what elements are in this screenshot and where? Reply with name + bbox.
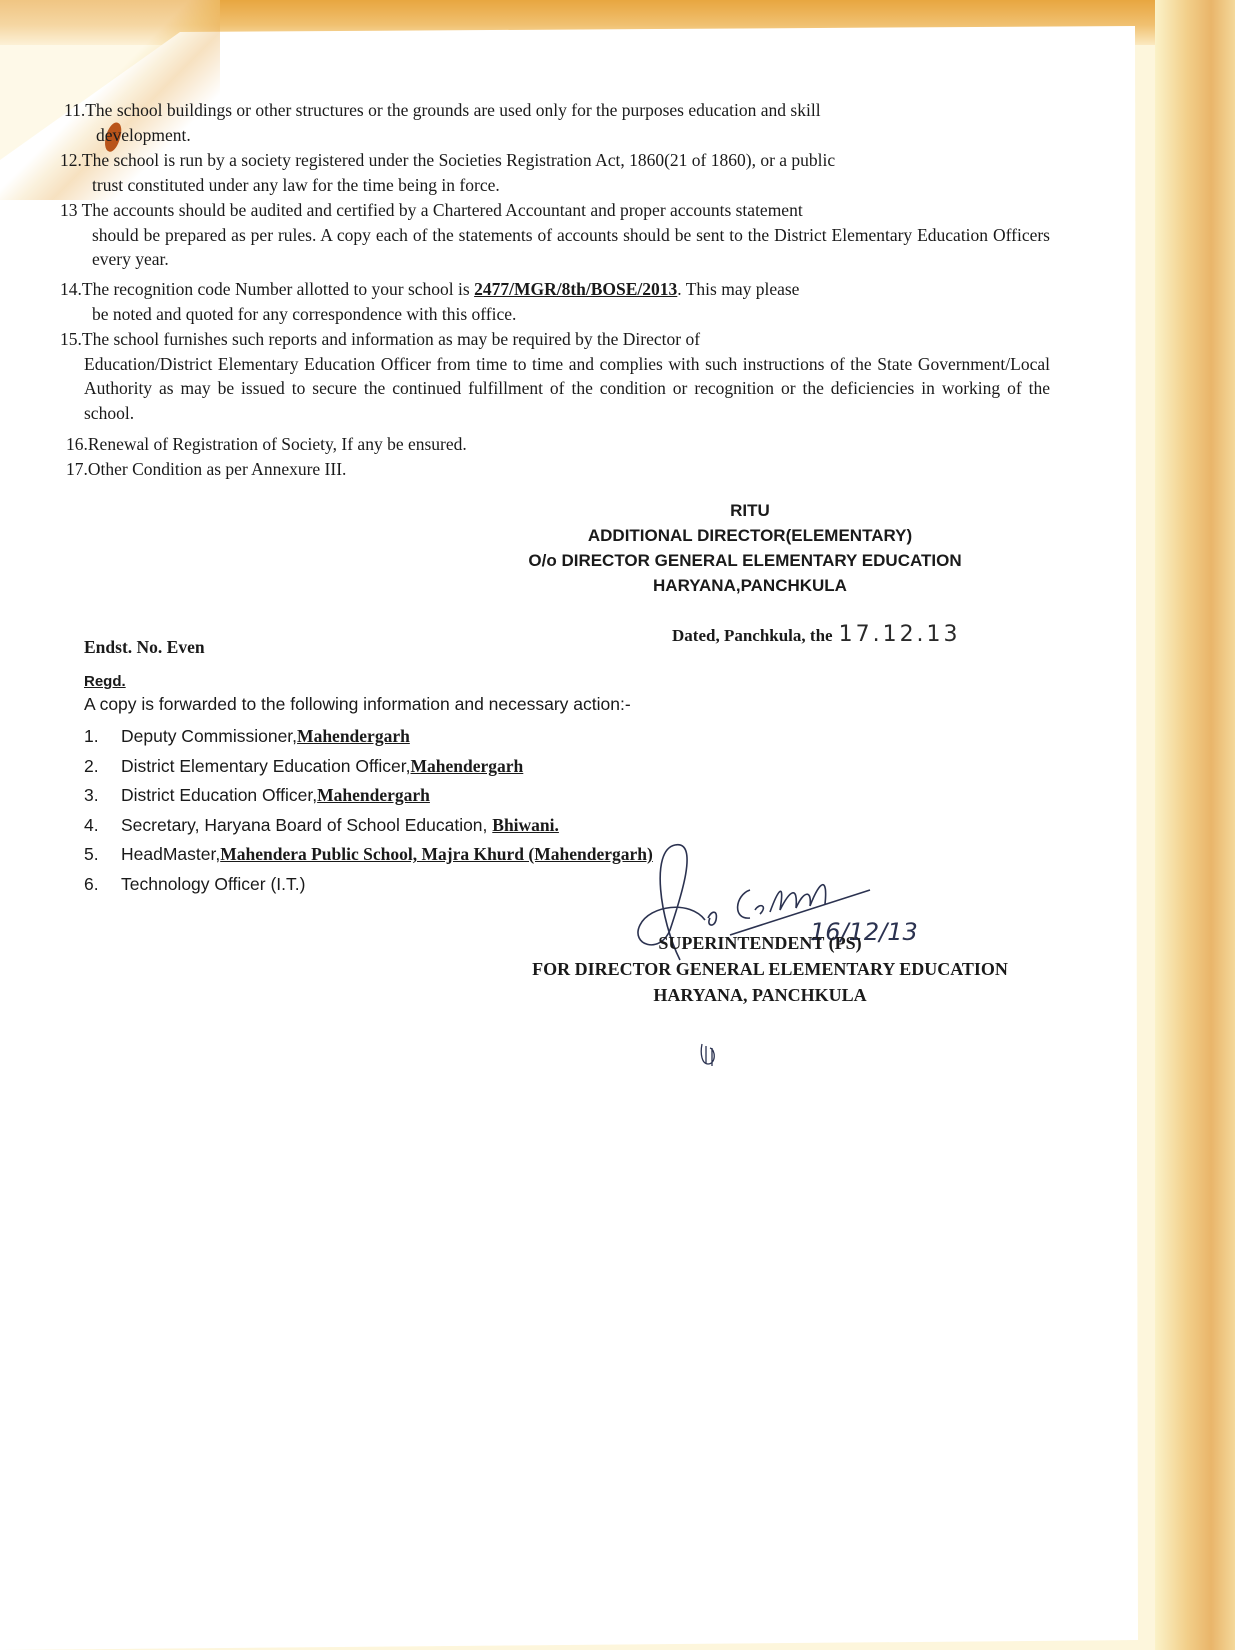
signatory-block: SUPERINTENDENT (PS) FOR DIRECTOR GENERAL… — [480, 930, 1060, 1008]
clause-number: 17. — [66, 459, 88, 479]
clause-number: 12. — [60, 150, 82, 170]
issuer-name: RITU — [480, 498, 1020, 523]
clause-text: The school is run by a society registere… — [82, 150, 835, 170]
dated-value-handwritten: 17.12.13 — [839, 622, 961, 647]
clause-continuation: be noted and quoted for any corresponden… — [60, 302, 1050, 327]
clause-continuation: Education/District Elementary Education … — [60, 352, 1050, 426]
document-content: 11.The school buildings or other structu… — [0, 0, 1235, 1650]
forward-text: A copy is forwarded to the following inf… — [84, 694, 631, 715]
regd-label: Regd. — [84, 673, 126, 690]
recipient-item: 3.District Education Officer,Mahendergar… — [84, 781, 784, 811]
clause-12: 12.The school is run by a society regist… — [60, 148, 1050, 197]
clause-text: The accounts should be audited and certi… — [82, 200, 803, 220]
clause-15: 15.The school furnishes such reports and… — [60, 327, 1050, 425]
clause-17: 17.Other Condition as per Annexure III. — [66, 457, 1056, 482]
recipient-item: 4.Secretary, Haryana Board of School Edu… — [84, 811, 784, 841]
clause-number: 11. — [64, 100, 85, 120]
clause-text: The school buildings or other structures… — [85, 100, 820, 120]
clause-text: The recognition code Number allotted to … — [82, 279, 474, 299]
clause-text-after: . This may please — [677, 279, 799, 299]
clause-text: Other Condition as per Annexure III. — [88, 459, 347, 479]
clause-16: 16.Renewal of Registration of Society, I… — [66, 432, 1056, 457]
recipient-item: 2.District Elementary Education Officer,… — [84, 752, 784, 782]
clause-number: 13 — [60, 200, 78, 220]
recipient-item: 1.Deputy Commissioner,Mahendergarh — [84, 722, 784, 752]
clause-11: 11.The school buildings or other structu… — [64, 98, 1054, 147]
clause-continuation: trust constituted under any law for the … — [60, 173, 1050, 198]
clause-continuation: development. — [64, 123, 1054, 148]
clause-13: 13 The accounts should be audited and ce… — [60, 198, 1050, 272]
clause-text: The school furnishes such reports and in… — [82, 329, 700, 349]
signatory-location: HARYANA, PANCHKULA — [460, 982, 1060, 1008]
dated-line: Dated, Panchkula, the17.12.13 — [672, 622, 961, 647]
clause-number: 14. — [60, 279, 82, 299]
issuer-designation: ADDITIONAL DIRECTOR(ELEMENTARY) — [480, 523, 1020, 548]
clause-continuation: should be prepared as per rules. A copy … — [60, 223, 1050, 272]
endorsement-number: Endst. No. Even — [84, 637, 205, 658]
issuer-office: O/o DIRECTOR GENERAL ELEMENTARY EDUCATIO… — [470, 548, 1020, 573]
recognition-code: 2477/MGR/8th/BOSE/2013 — [474, 279, 677, 299]
issuer-block: RITU ADDITIONAL DIRECTOR(ELEMENTARY) O/o… — [480, 498, 1020, 598]
signatory-designation: SUPERINTENDENT (PS) — [460, 930, 1060, 956]
clause-number: 15. — [60, 329, 82, 349]
clause-14: 14.The recognition code Number allotted … — [60, 277, 1050, 326]
clause-text: Renewal of Registration of Society, If a… — [88, 434, 467, 454]
clause-number: 16. — [66, 434, 88, 454]
dated-label: Dated, Panchkula, the — [672, 626, 833, 645]
signatory-office: FOR DIRECTOR GENERAL ELEMENTARY EDUCATIO… — [480, 956, 1060, 982]
issuer-location: HARYANA,PANCHKULA — [480, 573, 1020, 598]
initials-icon — [698, 1040, 720, 1068]
